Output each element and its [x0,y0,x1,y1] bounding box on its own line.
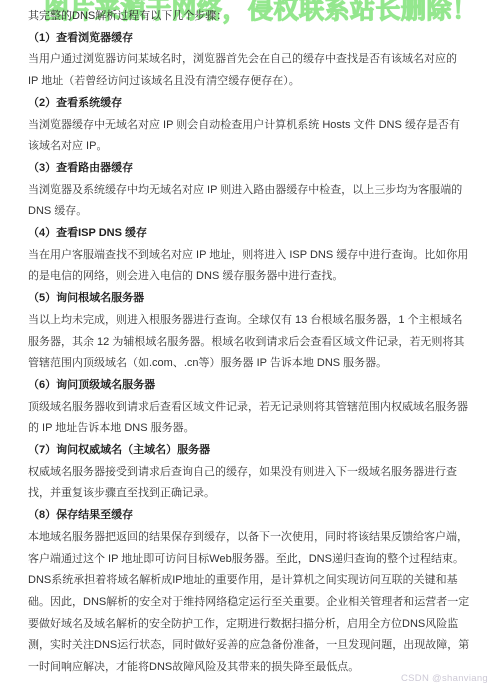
intro-text: 其完整的DNS解析过程有以下几个步骤： [28,6,470,28]
step-heading-2: （2）查看系统缓存 [28,93,470,115]
step-heading-7: （7）询问权威域名（主域名）服务器 [28,440,470,462]
csdn-author-watermark: CSDN @shanviang [401,673,488,684]
step-paragraph: 当用户通过浏览器访问某域名时，浏览器首先会在自己的缓存中查找是否有该域名对应的 … [28,49,470,92]
step-paragraph: DNS系统承担着将域名解析成IP地址的重要作用，是计算机之间实现访问互联的关键和… [28,570,470,679]
step-heading-1: （1）查看浏览器缓存 [28,28,470,50]
step-paragraph: 当以上均未完成，则进入根服务器进行查询。全球仅有 13 台根域名服务器，1 个主… [28,310,470,375]
step-heading-4: （4）查看ISP DNS 缓存 [28,223,470,245]
step-paragraph: 本地域名服务器把返回的结果保存到缓存，以备下一次使用，同时将该结果反馈给客户端，… [28,527,470,570]
step-paragraph: 权威域名服务器接受到请求后查询自己的缓存，如果没有则进入下一级域名服务器进行查找… [28,462,470,505]
step-heading-3: （3）查看路由器缓存 [28,158,470,180]
steps-container: （1）查看浏览器缓存当用户通过浏览器访问某域名时，浏览器首先会在自己的缓存中查找… [28,28,470,679]
step-paragraph: 顶级域名服务器收到请求后查看区域文件记录，若无记录则将其管辖范围内权威域名服务器… [28,397,470,440]
step-paragraph: 当浏览器及系统缓存中均无域名对应 IP 则进入路由器缓存中检查，以上三步均为客服… [28,180,470,223]
step-heading-5: （5）询问根域名服务器 [28,288,470,310]
step-heading-8: （8）保存结果至缓存 [28,505,470,527]
step-paragraph: 当在用户客服端查找不到域名对应 IP 地址，则将进入 ISP DNS 缓存中进行… [28,245,470,288]
step-paragraph: 当浏览器缓存中无域名对应 IP 则会自动检查用户计算机系统 Hosts 文件 D… [28,115,470,158]
article-page: 图片来源于网络，侵权联系站长删除！ 其完整的DNS解析过程有以下几个步骤： （1… [0,0,500,692]
article-body: 其完整的DNS解析过程有以下几个步骤： （1）查看浏览器缓存当用户通过浏览器访问… [28,6,470,679]
step-heading-6: （6）询问顶级域名服务器 [28,375,470,397]
